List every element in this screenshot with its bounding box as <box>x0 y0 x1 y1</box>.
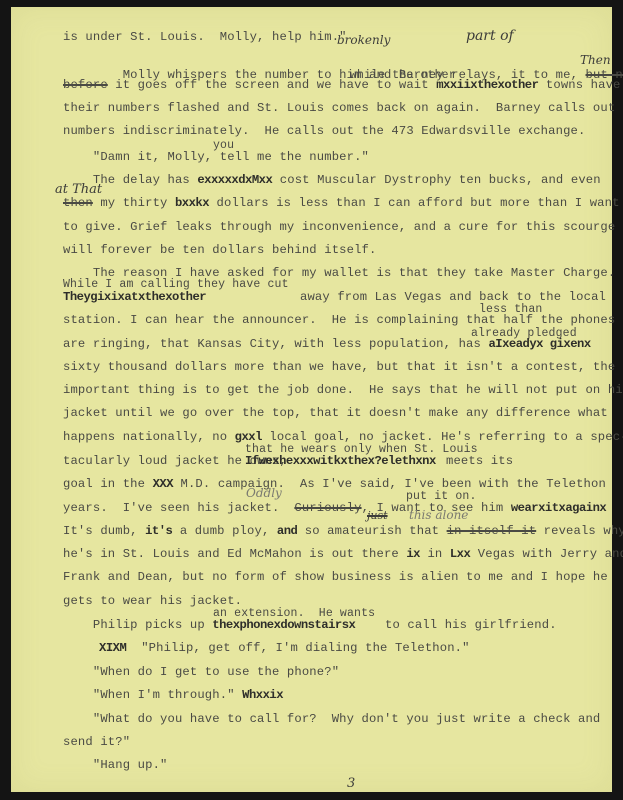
struck-out-text: Ifwexhexxxwitkxthex?elethxnx <box>245 454 436 468</box>
text-line: is under St. Louis. Molly, help him." <box>63 30 347 44</box>
text-line: will forever be ten dollars behind itsel… <box>63 243 376 257</box>
handwritten-insert-this-alone: this alone <box>409 508 468 522</box>
text-line: to give. Grief leaks through my inconven… <box>63 220 615 234</box>
text-line: station. I can hear the announcer. He is… <box>63 313 615 327</box>
handwritten-insert-brokenly: brokenly <box>337 33 390 47</box>
text-line: goal in the XXX M.D. campaign. As I've s… <box>63 477 606 491</box>
text-line: "When I'm through." Whxxix <box>63 688 283 702</box>
text-line: meets its <box>446 454 513 468</box>
text-line: years. I've seen his jacket. Curiously, … <box>63 501 606 515</box>
text-line: happens nationally, no gxxl local goal, … <box>63 430 623 444</box>
text-line: then my thirty bxxkx dollars is less tha… <box>63 196 620 210</box>
text-line: "Hang up." <box>63 758 168 772</box>
text-line: jacket until we go over the top, that it… <box>63 406 608 420</box>
handwritten-insert-oddly: Oddly <box>246 486 282 500</box>
text-line: their numbers flashed and St. Louis come… <box>63 101 615 115</box>
text-line: before it goes off the screen and we hav… <box>63 78 621 92</box>
text-line: he's in St. Louis and Ed McMahon is out … <box>63 547 623 561</box>
handwritten-insert-just: just <box>367 509 388 522</box>
text-line: to call his girlfriend. <box>385 618 557 632</box>
text-line: send it?" <box>63 735 130 749</box>
handwritten-insert-then: Then <box>580 53 611 67</box>
text-line: "What do you have to call for? Why don't… <box>63 712 600 726</box>
text-line: gets to wear his jacket. <box>63 594 242 608</box>
page-number: 3 <box>347 776 355 791</box>
text-line: sixty thousand dollars more than we have… <box>63 360 615 374</box>
text-line: "When do I get to use the phone?" <box>63 665 339 679</box>
text-line: important thing is to get the job done. … <box>63 383 623 397</box>
text-line: away from Las Vegas and back to the loca… <box>300 290 606 304</box>
text-line: The delay has exxxxxdxMxx cost Muscular … <box>63 173 601 187</box>
text-line: XIXM "Philip, get off, I'm dialing the T… <box>99 641 470 655</box>
struck-out-text: Theygixixatxthexother <box>63 290 206 304</box>
text-line: Philip picks up thexphonexdownstairsx <box>63 618 355 632</box>
text-line: "Damn it, Molly, tell me the number." <box>63 150 369 164</box>
text-line: numbers indiscriminately. He calls out t… <box>63 124 585 138</box>
handwritten-insert-part-of: part of <box>466 28 514 44</box>
typewritten-page: is under St. Louis. Molly, help him." br… <box>11 7 612 792</box>
text-line: Frank and Dean, but no form of show busi… <box>63 570 608 584</box>
text-line: It's dumb, it's a dumb ploy, and so amat… <box>63 524 623 538</box>
text-line: are ringing, that Kansas City, with less… <box>63 337 591 351</box>
